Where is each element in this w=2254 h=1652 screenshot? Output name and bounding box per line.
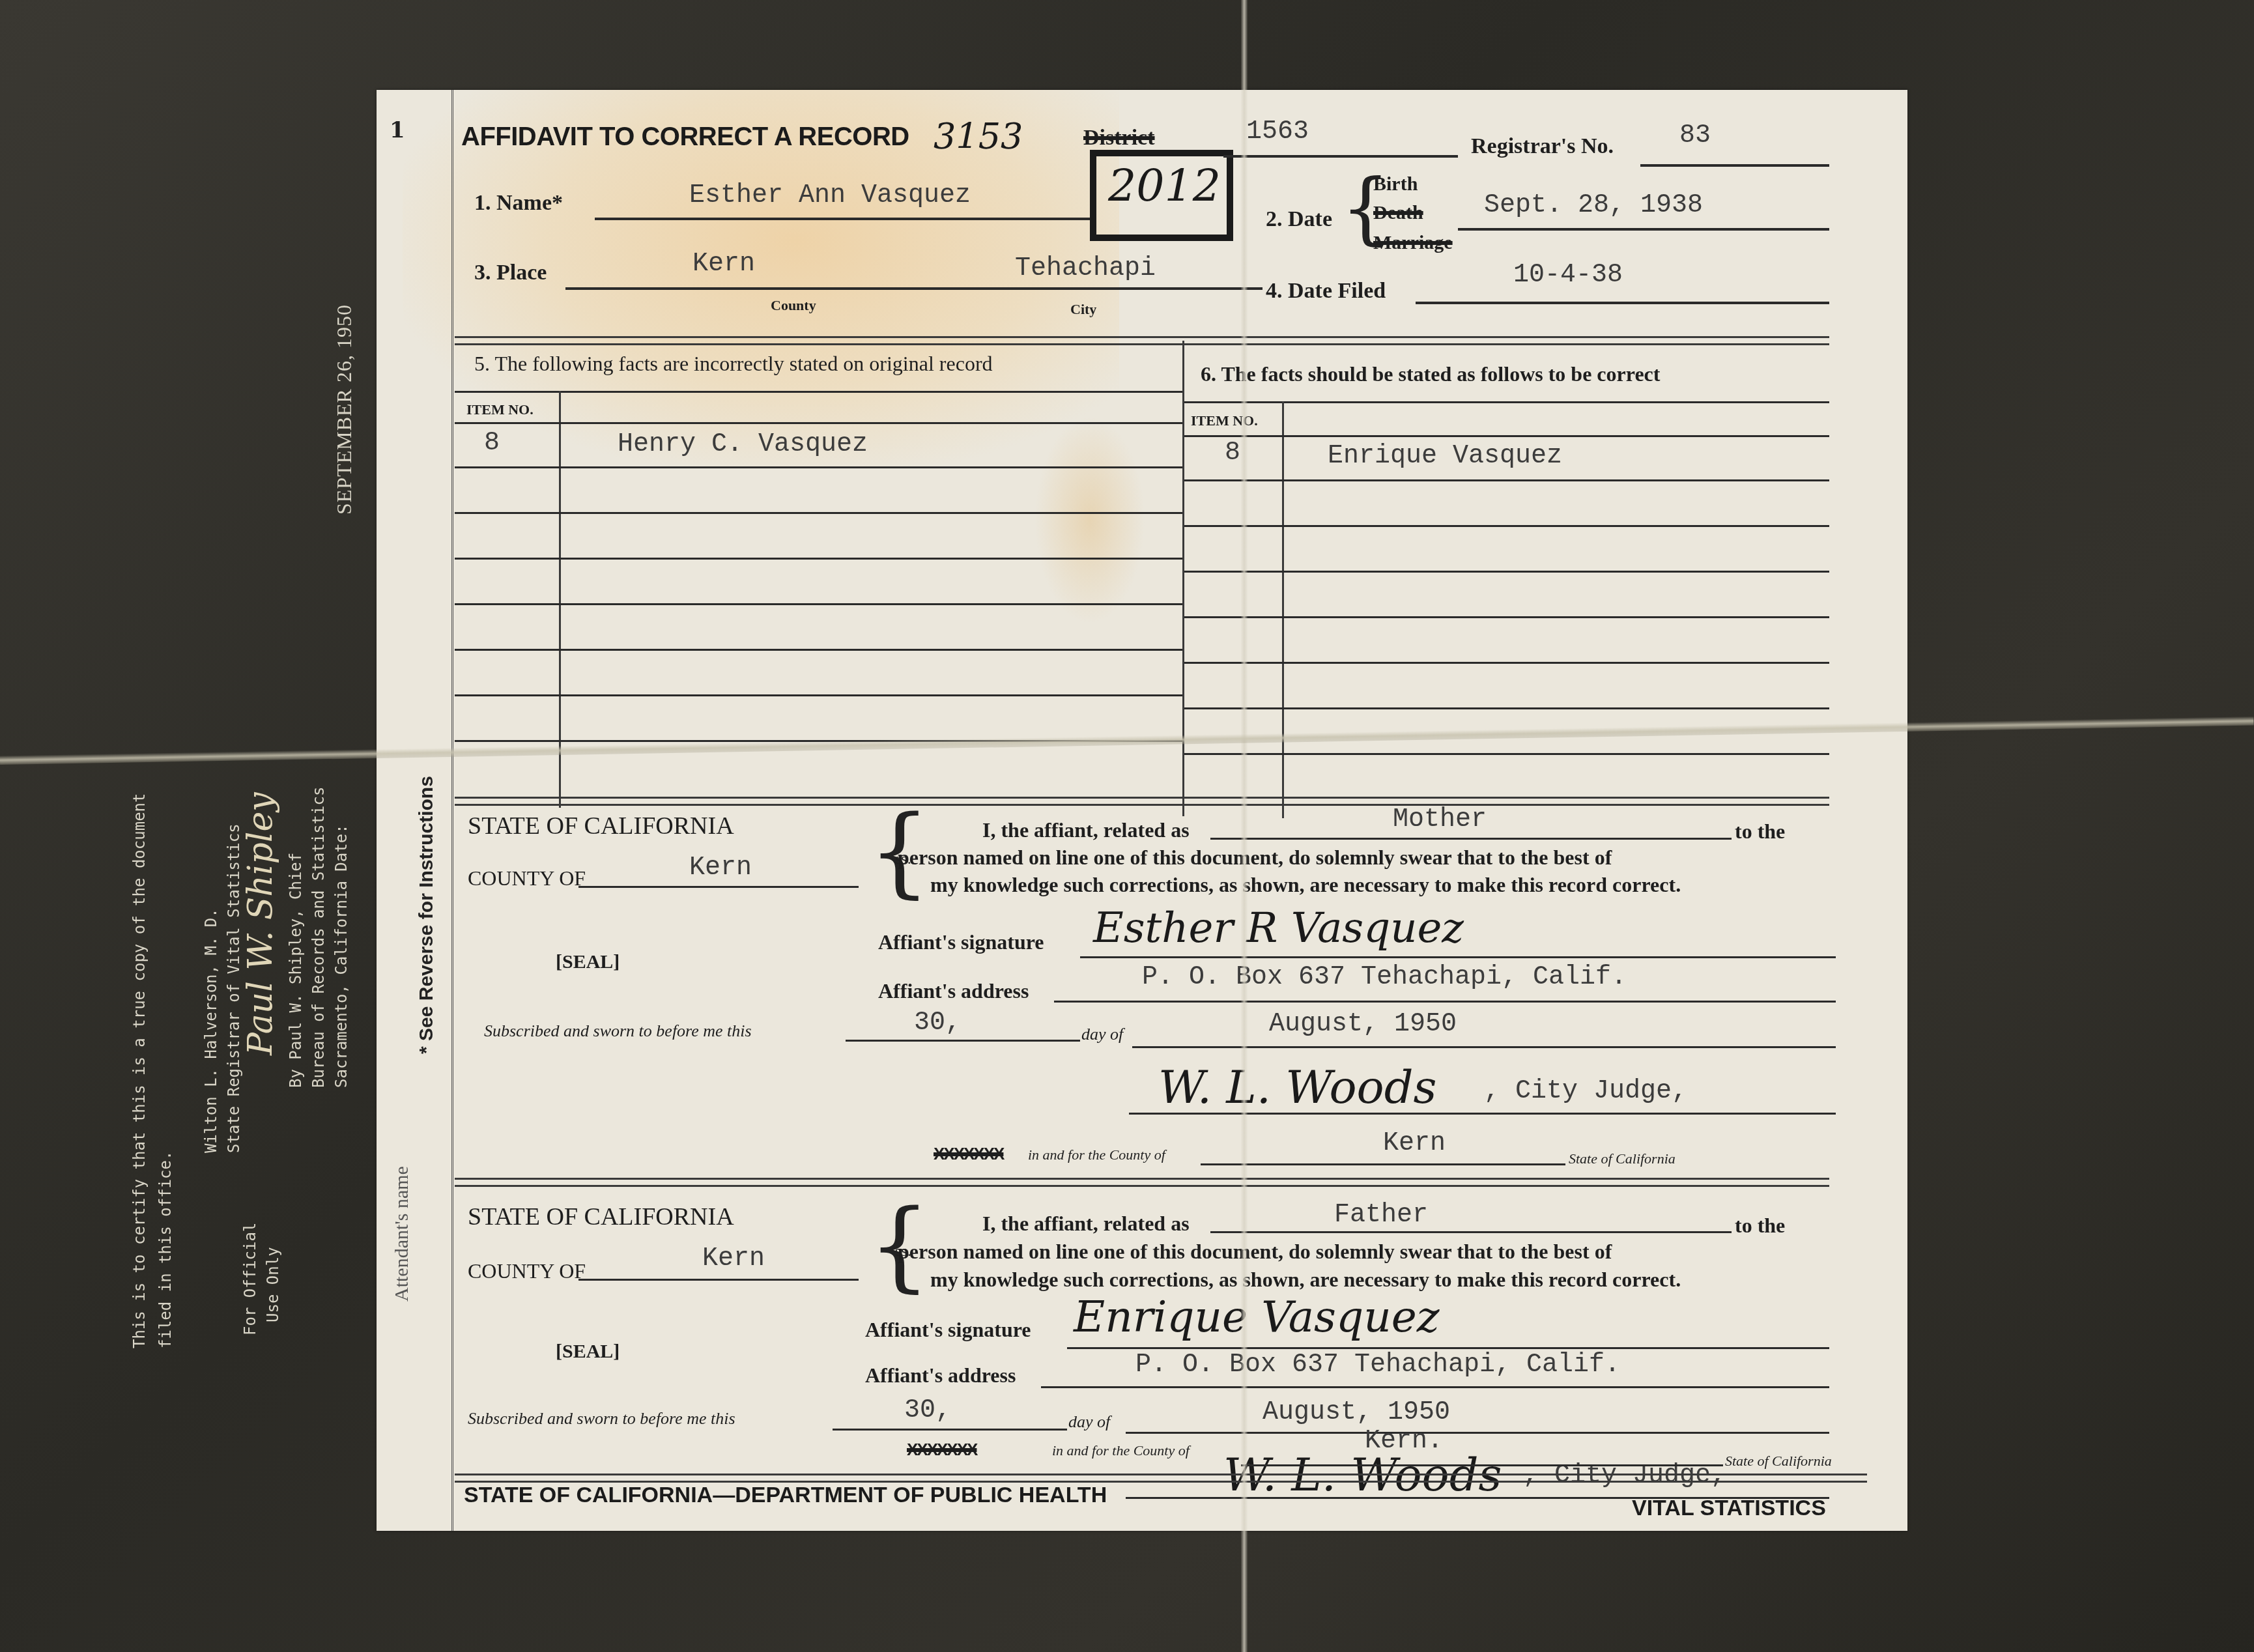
sworn-day-underline: [833, 1429, 1067, 1431]
row-rule: [1184, 616, 1829, 618]
registrar-label: Registrar's No.: [1471, 134, 1614, 159]
row-rule: [1184, 525, 1829, 527]
correct-item-no[interactable]: 8: [1225, 438, 1240, 468]
chief-line-1: By Paul W. Shipley, Chief: [287, 853, 305, 1088]
sworn-day[interactable]: 30,: [914, 1008, 961, 1038]
related-prefix: I, the affiant, related as: [982, 818, 1190, 842]
sworn-day-underline: [846, 1040, 1080, 1042]
see-reverse-note: * See Reverse for Instructions: [416, 776, 438, 1054]
footer-vital-statistics: VITAL STATISTICS: [1632, 1496, 1826, 1521]
state-label: STATE OF CALIFORNIA: [468, 1203, 734, 1231]
county-for-underline: [1241, 1464, 1723, 1466]
row-rule: [1184, 707, 1829, 709]
incorrect-item-no[interactable]: 8: [484, 429, 500, 458]
affiant-address[interactable]: P. O. Box 637 Tehachapi, Calif.: [1135, 1350, 1620, 1380]
month-year-underline: [1126, 1432, 1829, 1434]
chief-signature: Paul W. Shipley: [241, 792, 280, 1055]
relation-underline: [1210, 1231, 1732, 1233]
date-filed-value[interactable]: 10-4-38: [1513, 261, 1623, 290]
sworn-month-year[interactable]: August, 1950: [1269, 1010, 1457, 1039]
date-option-death: Death: [1373, 202, 1423, 224]
side-strip: [377, 90, 453, 1531]
date-value[interactable]: Sept. 28, 1938: [1484, 191, 1703, 220]
item-no-label-right: ITEM NO.: [1191, 412, 1258, 429]
official-use-line-2: Use Only: [264, 1247, 282, 1322]
registrar-number: 83: [1679, 121, 1711, 150]
oath-line-2: person named on line one of this documen…: [898, 846, 1612, 870]
vertical-fold-crease: [1241, 0, 1248, 1652]
boxed-stamp: 2012: [1090, 150, 1233, 241]
county-label: COUNTY OF: [468, 866, 586, 890]
registrar-underline: [1640, 164, 1829, 167]
day-of-label: day of: [1068, 1412, 1110, 1432]
district-label: District: [1083, 126, 1155, 150]
month-year-underline: [1132, 1046, 1836, 1048]
relation-value[interactable]: Mother: [1393, 805, 1487, 834]
county-value[interactable]: Kern: [689, 853, 752, 883]
row-rule: [455, 694, 1182, 696]
right-item-col-divider: [1282, 401, 1284, 818]
official-underline: [1129, 1113, 1836, 1115]
related-prefix: I, the affiant, related as: [982, 1212, 1190, 1236]
county-for-value[interactable]: Kern.: [1365, 1427, 1443, 1456]
relation-value[interactable]: Father: [1334, 1201, 1428, 1230]
date-option-birth: Birth: [1373, 173, 1418, 195]
county-caption: County: [771, 297, 816, 314]
certification-stamp: This is to certify that this is a true c…: [130, 143, 378, 1348]
address-label: Affiant's address: [865, 1363, 1016, 1388]
correct-value[interactable]: Enrique Vasquez: [1328, 442, 1562, 471]
state-suffix: State of California: [1725, 1453, 1832, 1470]
county-underline: [578, 1279, 859, 1281]
state-suffix: State of California: [1569, 1150, 1676, 1167]
date-filed-underline: [1416, 302, 1829, 304]
name-underline: [595, 218, 1090, 220]
row-rule: [1184, 435, 1829, 437]
section-divider: [455, 336, 1829, 345]
place-label: 3. Place: [474, 261, 547, 285]
incorrect-value[interactable]: Henry C. Vasquez: [618, 430, 868, 459]
sworn-label: Subscribed and sworn to before me this: [484, 1021, 752, 1041]
attendant-name-label: Attendant's name: [391, 1166, 413, 1302]
county-for-underline: [1201, 1163, 1565, 1165]
row-rule: [455, 422, 1182, 424]
name-value[interactable]: Esther Ann Vasquez: [689, 181, 971, 210]
address-label: Affiant's address: [878, 979, 1029, 1003]
date-label: 2. Date: [1266, 207, 1332, 232]
signature-label: Affiant's signature: [878, 930, 1044, 954]
row-rule: [1184, 479, 1829, 481]
affidavit-document: 1 * See Reverse for Instructions Attenda…: [377, 90, 1907, 1531]
affiant-signature[interactable]: Enrique Vasquez: [1074, 1292, 1440, 1342]
oath-line-3: my knowledge such corrections, as shown,…: [930, 873, 1681, 897]
county-for-value[interactable]: Kern: [1383, 1129, 1446, 1158]
water-stain-2: [1034, 416, 1145, 624]
district-number: 1563: [1246, 117, 1309, 147]
record-number: 3153: [934, 116, 1023, 157]
boxed-stamp-number: 2012: [1108, 160, 1221, 212]
date-option-marriage: Marriage: [1373, 232, 1453, 254]
row-rule: [1184, 571, 1829, 573]
section-divider: [455, 1178, 1829, 1187]
relation-underline: [1210, 838, 1732, 840]
related-suffix: to the: [1735, 819, 1785, 844]
date-filed-label: 4. Date Filed: [1266, 279, 1386, 304]
affiant-address[interactable]: P. O. Box 637 Tehachapi, Calif.: [1142, 963, 1627, 992]
oath-line-2: person named on line one of this documen…: [898, 1240, 1612, 1264]
seal-label: [SEAL]: [556, 951, 620, 973]
county-underline: [578, 886, 859, 888]
certification-line-1: This is to certify that this is a true c…: [130, 793, 149, 1348]
place-underline: [565, 287, 1263, 290]
seal-label: [SEAL]: [556, 1341, 620, 1363]
line-marker: 1: [390, 117, 405, 143]
registrar-title: State Registrar of Vital Statistics: [225, 823, 243, 1153]
certification-line-2: filed in this office.: [156, 1151, 175, 1348]
row-rule: [455, 512, 1182, 514]
row-rule: [1184, 753, 1829, 755]
date-underline: [1458, 228, 1829, 231]
section-divider: [455, 797, 1829, 806]
sworn-month-year[interactable]: August, 1950: [1263, 1398, 1450, 1427]
signature-underline: [1080, 956, 1836, 958]
oath-line-3: my knowledge such corrections, as shown,…: [930, 1268, 1681, 1292]
footer-department: STATE OF CALIFORNIA—DEPARTMENT OF PUBLIC…: [464, 1483, 1107, 1508]
right-header-rule: [1184, 401, 1829, 403]
city-value[interactable]: Tehachapi: [1015, 254, 1156, 283]
official-signature: W. L. Woods: [1158, 1061, 1436, 1114]
name-label: 1. Name*: [474, 191, 563, 216]
county-value[interactable]: Kern: [692, 249, 755, 279]
certification-date: SEPTEMBER 26, 1950: [332, 304, 356, 515]
row-rule: [455, 649, 1182, 651]
signature-underline: [1067, 1347, 1829, 1349]
corrections-center-divider: [1182, 341, 1184, 816]
item-no-label-left: ITEM NO.: [466, 401, 534, 418]
signature-label: Affiant's signature: [865, 1318, 1031, 1342]
address-underline: [1054, 1001, 1836, 1003]
city-caption: City: [1070, 301, 1096, 318]
left-header-rule: [455, 391, 1182, 393]
county-value[interactable]: Kern: [702, 1244, 765, 1274]
day-of-label: day of: [1081, 1025, 1123, 1044]
footer-divider: [455, 1474, 1867, 1483]
address-underline: [1041, 1386, 1829, 1388]
registrar-name: Wilton L. Halverson, M. D.: [202, 908, 220, 1153]
correct-header: 6. The facts should be stated as follows…: [1201, 362, 1660, 386]
row-rule: [455, 603, 1182, 605]
document-title: AFFIDAVIT TO CORRECT A RECORD: [461, 122, 909, 152]
county-label: COUNTY OF: [468, 1259, 586, 1283]
official-use-line-1: For Official: [241, 1223, 259, 1335]
related-suffix: to the: [1735, 1214, 1785, 1238]
chief-line-2: Bureau of Records and Statistics: [309, 787, 328, 1088]
county-for-label: in and for the County of: [1028, 1146, 1165, 1163]
state-label: STATE OF CALIFORNIA: [468, 812, 734, 840]
struck-title: XXXXXXX: [907, 1440, 977, 1460]
incorrect-header: 5. The following facts are incorrectly s…: [474, 352, 993, 376]
county-for-label: in and for the County of: [1052, 1442, 1190, 1459]
struck-title: XXXXXXX: [934, 1144, 1003, 1164]
district-underline: [1223, 155, 1458, 158]
sworn-day[interactable]: 30,: [904, 1396, 951, 1425]
row-rule: [455, 466, 1182, 468]
official-title: , City Judge,: [1484, 1077, 1687, 1106]
sworn-label: Subscribed and sworn to before me this: [468, 1409, 735, 1429]
row-rule: [1184, 662, 1829, 664]
chief-line-3: Sacramento, California Date:: [332, 824, 350, 1088]
affiant-signature[interactable]: Esther R Vasquez: [1093, 904, 1464, 952]
row-rule: [455, 558, 1182, 560]
